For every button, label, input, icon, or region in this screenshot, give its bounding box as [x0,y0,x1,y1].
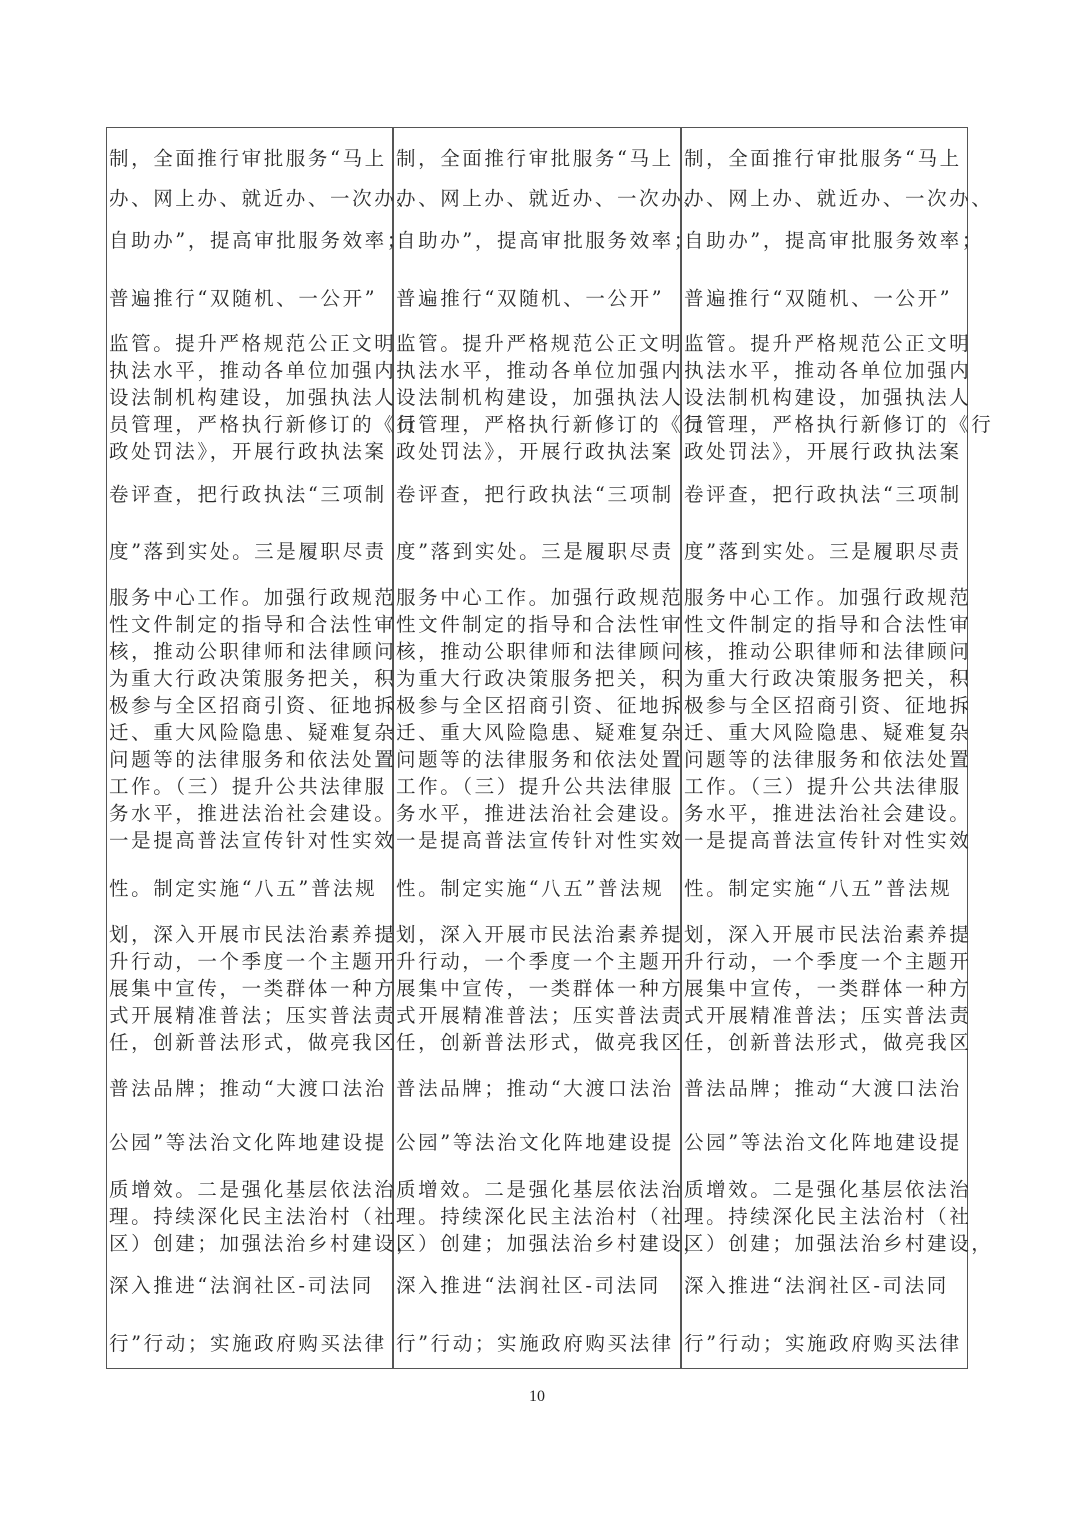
table-cell-line: 区）创建；加强法治乡村建设， [396,1232,705,1256]
table-cell-line: 区）创建；加强法治乡村建设， [684,1232,993,1256]
table-cell-line: 深入推进“法润社区-司法同 [396,1274,661,1298]
table-cell-line: 性文件制定的指导和合法性审 [684,613,971,637]
table-cell-line: 办、网上办、就近办、一次办、 [109,187,418,211]
table-cell-line: 行”行动；实施政府购买法律 [109,1332,387,1356]
table-cell-line: 卷评查，把行政执法“三项制 [684,483,962,507]
table-cell-line: 问题等的法律服务和依法处置 [684,748,971,772]
table-cell-line: 制，全面推行审批服务“马上 [684,147,962,171]
table-cell-line: 务水平，推进法治社会建设。 [684,802,971,826]
table-cell-line: 深入推进“法润社区-司法同 [684,1274,949,1298]
table-cell-line: 式开展精准普法；压实普法责 [684,1004,971,1028]
table-cell-line: 极参与全区招商引资、征地拆 [684,694,971,718]
table-cell-line: 性文件制定的指导和合法性审 [396,613,683,637]
table-cell-line: 核，推动公职律师和法律顾问 [684,640,971,664]
table-cell-line: 一是提高普法宣传针对性实效 [396,829,683,853]
table-cell-line: 公园”等法治文化阵地建设提 [684,1131,962,1155]
table-cell-line: 划，深入开展市民法治素养提 [396,923,683,947]
table-cell-line: 自助办”，提高审批服务效率； [396,229,696,253]
table-cell-line: 质增效。二是强化基层依法治 [396,1178,683,1202]
table-cell-line: 为重大行政决策服务把关，积 [684,667,971,691]
table-cell-line: 行”行动；实施政府购买法律 [684,1332,962,1356]
table-cell-line: 迁、重大风险隐患、疑难复杂 [396,721,683,745]
table-cell-line: 迁、重大风险隐患、疑难复杂 [684,721,971,745]
table-cell-line: 工作。（三）提升公共法律服 [109,775,387,799]
table-cell-line: 升行动，一个季度一个主题开 [109,950,396,974]
table-cell-line: 公园”等法治文化阵地建设提 [396,1131,674,1155]
table-cell-line: 员管理，严格执行新修订的《行 [684,413,993,437]
table-cell-line: 质增效。二是强化基层依法治 [109,1178,396,1202]
table-cell-line: 质增效。二是强化基层依法治 [684,1178,971,1202]
table-column-3: 制，全面推行审批服务“马上办、网上办、就近办、一次办、自助办”，提高审批服务效率… [682,128,967,1368]
table-cell-line: 性。制定实施“八五”普法规 [109,877,377,901]
table-cell-line: 自助办”，提高审批服务效率； [109,229,409,253]
table-cell-line: 核，推动公职律师和法律顾问 [396,640,683,664]
table-cell-line: 普法品牌；推动“大渡口法治 [396,1077,674,1101]
table-cell-line: 公园”等法治文化阵地建设提 [109,1131,387,1155]
table-cell-line: 设法制机构建设，加强执法人 [684,386,971,410]
table-cell-line: 政处罚法》，开展行政执法案 [684,440,962,464]
table-cell-line: 深入推进“法润社区-司法同 [109,1274,374,1298]
table-cell-line: 度”落到实处。三是履职尽责 [396,540,674,564]
table-cell-line: 设法制机构建设，加强执法人 [396,386,683,410]
table-cell-line: 展集中宣传，一类群体一种方 [684,977,971,1001]
table-cell-line: 自助办”，提高审批服务效率； [684,229,984,253]
table-cell-line: 普遍推行“双随机、一公开” [109,287,377,311]
table-cell-line: 卷评查，把行政执法“三项制 [109,483,387,507]
table-cell-line: 展集中宣传，一类群体一种方 [109,977,396,1001]
table-cell-line: 务水平，推进法治社会建设。 [396,802,683,826]
table-cell-line: 极参与全区招商引资、征地拆 [109,694,396,718]
table-cell-line: 服务中心工作。加强行政规范 [109,586,396,610]
table-cell-line: 服务中心工作。加强行政规范 [396,586,683,610]
table-cell-line: 务水平，推进法治社会建设。 [109,802,396,826]
table-cell-line: 执法水平，推动各单位加强内 [684,359,971,383]
table-cell-line: 监管。提升严格规范公正文明 [396,332,683,356]
table-cell-line: 办、网上办、就近办、一次办、 [684,187,993,211]
table-cell-line: 一是提高普法宣传针对性实效 [684,829,971,853]
table-cell-line: 式开展精准普法；压实普法责 [396,1004,683,1028]
table-cell-line: 度”落到实处。三是履职尽责 [684,540,962,564]
table-cell-line: 任，创新普法形式，做亮我区 [684,1031,971,1055]
table-cell-line: 任，创新普法形式，做亮我区 [396,1031,683,1055]
table-cell-line: 普法品牌；推动“大渡口法治 [684,1077,962,1101]
table-cell-line: 设法制机构建设，加强执法人 [109,386,396,410]
table-cell-line: 一是提高普法宣传针对性实效 [109,829,396,853]
table-cell-line: 行”行动；实施政府购买法律 [396,1332,674,1356]
table-cell-line: 式开展精准普法；压实普法责 [109,1004,396,1028]
table-cell-line: 任，创新普法形式，做亮我区 [109,1031,396,1055]
table-cell-line: 理。持续深化民主法治村（社 [396,1205,683,1229]
table-cell-line: 员管理，严格执行新修订的《行 [109,413,418,437]
table-cell-line: 划，深入开展市民法治素养提 [109,923,396,947]
table-cell-line: 迁、重大风险隐患、疑难复杂 [109,721,396,745]
table-cell-line: 普遍推行“双随机、一公开” [684,287,952,311]
table-cell-line: 问题等的法律服务和依法处置 [109,748,396,772]
table-cell-line: 极参与全区招商引资、征地拆 [396,694,683,718]
table-cell-line: 升行动，一个季度一个主题开 [396,950,683,974]
table-cell-line: 执法水平，推动各单位加强内 [109,359,396,383]
table-cell-line: 监管。提升严格规范公正文明 [684,332,971,356]
table-cell-line: 性。制定实施“八五”普法规 [396,877,664,901]
table-cell-line: 工作。（三）提升公共法律服 [396,775,674,799]
table-cell-line: 服务中心工作。加强行政规范 [684,586,971,610]
table-cell-line: 度”落到实处。三是履职尽责 [109,540,387,564]
table-cell-line: 员管理，严格执行新修订的《行 [396,413,705,437]
table-cell-line: 划，深入开展市民法治素养提 [684,923,971,947]
three-column-table: 制，全面推行审批服务“马上办、网上办、就近办、一次办、自助办”，提高审批服务效率… [106,127,968,1369]
table-cell-line: 工作。（三）提升公共法律服 [684,775,962,799]
table-cell-line: 政处罚法》，开展行政执法案 [109,440,387,464]
table-cell-line: 展集中宣传，一类群体一种方 [396,977,683,1001]
table-cell-line: 区）创建；加强法治乡村建设， [109,1232,418,1256]
table-cell-line: 卷评查，把行政执法“三项制 [396,483,674,507]
table-cell-line: 办、网上办、就近办、一次办、 [396,187,705,211]
table-cell-line: 升行动，一个季度一个主题开 [684,950,971,974]
table-cell-line: 理。持续深化民主法治村（社 [109,1205,396,1229]
page-number: 10 [0,1388,1074,1406]
table-cell-line: 监管。提升严格规范公正文明 [109,332,396,356]
table-column-1: 制，全面推行审批服务“马上办、网上办、就近办、一次办、自助办”，提高审批服务效率… [107,128,392,1368]
table-cell-line: 普法品牌；推动“大渡口法治 [109,1077,387,1101]
table-cell-line: 为重大行政决策服务把关，积 [396,667,683,691]
table-cell-line: 理。持续深化民主法治村（社 [684,1205,971,1229]
table-cell-line: 执法水平，推动各单位加强内 [396,359,683,383]
table-cell-line: 核，推动公职律师和法律顾问 [109,640,396,664]
table-cell-line: 问题等的法律服务和依法处置 [396,748,683,772]
table-cell-line: 为重大行政决策服务把关，积 [109,667,396,691]
table-column-2: 制，全面推行审批服务“马上办、网上办、就近办、一次办、自助办”，提高审批服务效率… [394,128,680,1368]
table-cell-line: 制，全面推行审批服务“马上 [109,147,387,171]
table-cell-line: 性文件制定的指导和合法性审 [109,613,396,637]
table-cell-line: 性。制定实施“八五”普法规 [684,877,952,901]
table-cell-line: 普遍推行“双随机、一公开” [396,287,664,311]
table-cell-line: 制，全面推行审批服务“马上 [396,147,674,171]
table-cell-line: 政处罚法》，开展行政执法案 [396,440,674,464]
